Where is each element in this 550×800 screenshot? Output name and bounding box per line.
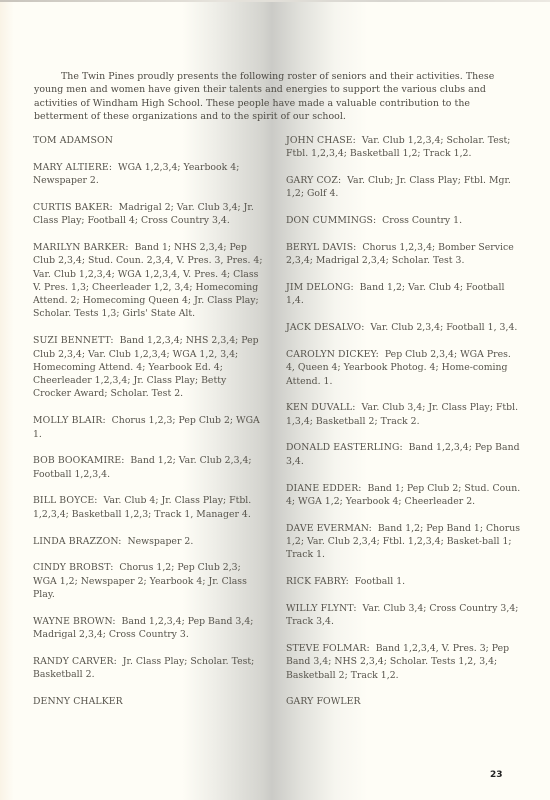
senior-entry: TOM ADAMSON bbox=[33, 134, 263, 147]
senior-name: MARY ALTIERE: bbox=[33, 162, 112, 173]
senior-name: SUZI BENNETT: bbox=[33, 335, 114, 346]
senior-entry: JOHN CHASE: Var. Club 1,2,3,4; Scholar. … bbox=[286, 134, 522, 161]
senior-entry: MARILYN BARKER: Band 1; NHS 2,3,4; Pep C… bbox=[33, 241, 263, 321]
senior-entry: SUZI BENNETT: Band 1,2,3,4; NHS 2,3,4; P… bbox=[33, 334, 263, 400]
senior-activities: Band 1; NHS 2,3,4; Pep Club 2,3,4; Stud.… bbox=[33, 242, 263, 319]
senior-entry: BERYL DAVIS: Chorus 1,2,3,4; Bomber Serv… bbox=[286, 241, 522, 268]
senior-entry: BILL BOYCE: Var. Club 4; Jr. Class Play;… bbox=[33, 494, 263, 521]
senior-name: DAVE EVERMAN: bbox=[286, 523, 372, 534]
senior-entry: GARY COZ: Var. Club; Jr. Class Play; Ftb… bbox=[286, 174, 522, 201]
senior-name: GARY COZ: bbox=[286, 175, 341, 186]
page-number: 23 bbox=[490, 770, 503, 780]
senior-name: DONALD EASTERLING: bbox=[286, 442, 403, 453]
senior-entry: DONALD EASTERLING: Band 1,2,3,4; Pep Ban… bbox=[286, 441, 522, 468]
senior-entry: JIM DELONG: Band 1,2; Var. Club 4; Footb… bbox=[286, 281, 522, 308]
senior-name: WAYNE BROWN: bbox=[33, 616, 116, 627]
senior-name: BERYL DAVIS: bbox=[286, 242, 356, 253]
senior-activities: Football 1. bbox=[355, 576, 405, 587]
senior-name: CAROLYN DICKEY: bbox=[286, 349, 379, 360]
senior-roster-left-column: TOM ADAMSON MARY ALTIERE: WGA 1,2,3,4; Y… bbox=[33, 134, 263, 722]
senior-activities: Cross Country 1. bbox=[382, 215, 462, 226]
senior-name: GARY FOWLER bbox=[286, 696, 361, 707]
senior-name: JOHN CHASE: bbox=[286, 135, 356, 146]
senior-roster-right-column: JOHN CHASE: Var. Club 1,2,3,4; Scholar. … bbox=[286, 134, 522, 722]
senior-entry: STEVE FOLMAR: Band 1,2,3,4, V. Pres. 3; … bbox=[286, 642, 522, 682]
page-top-edge bbox=[0, 0, 550, 2]
senior-entry: RANDY CARVER: Jr. Class Play; Scholar. T… bbox=[33, 655, 263, 682]
senior-entry: MARY ALTIERE: WGA 1,2,3,4; Yearbook 4; N… bbox=[33, 161, 263, 188]
senior-name: DENNY CHALKER bbox=[33, 696, 123, 707]
senior-name: JACK DESALVO: bbox=[286, 322, 364, 333]
senior-name: RANDY CARVER: bbox=[33, 656, 117, 667]
intro-paragraph: The Twin Pines proudly presents the foll… bbox=[34, 70, 514, 123]
senior-entry: KEN DUVALL: Var. Club 3,4; Jr. Class Pla… bbox=[286, 401, 522, 428]
senior-entry: CINDY BROBST: Chorus 1,2; Pep Club 2,3; … bbox=[33, 561, 263, 601]
senior-name: DIANE EDDER: bbox=[286, 483, 362, 494]
senior-entry: WAYNE BROWN: Band 1,2,3,4; Pep Band 3,4;… bbox=[33, 615, 263, 642]
senior-name: STEVE FOLMAR: bbox=[286, 643, 370, 654]
senior-name: LINDA BRAZZON: bbox=[33, 536, 122, 547]
senior-entry: LINDA BRAZZON: Newspaper 2. bbox=[33, 535, 263, 548]
senior-entry: CURTIS BAKER: Madrigal 2; Var. Club 3,4;… bbox=[33, 201, 263, 228]
senior-entry: WILLY FLYNT: Var. Club 3,4; Cross Countr… bbox=[286, 602, 522, 629]
senior-name: CURTIS BAKER: bbox=[33, 202, 113, 213]
senior-activities: Var. Club 2,3,4; Football 1, 3,4. bbox=[370, 322, 517, 333]
senior-name: TOM ADAMSON bbox=[33, 135, 113, 146]
senior-name: JIM DELONG: bbox=[286, 282, 354, 293]
senior-entry: GARY FOWLER bbox=[286, 695, 522, 708]
senior-name: BILL BOYCE: bbox=[33, 495, 98, 506]
senior-entry: BOB BOOKAMIRE: Band 1,2; Var. Club 2,3,4… bbox=[33, 454, 263, 481]
senior-entry: CAROLYN DICKEY: Pep Club 2,3,4; WGA Pres… bbox=[286, 348, 522, 388]
senior-entry: JACK DESALVO: Var. Club 2,3,4; Football … bbox=[286, 321, 522, 334]
senior-name: MARILYN BARKER: bbox=[33, 242, 129, 253]
senior-name: BOB BOOKAMIRE: bbox=[33, 455, 124, 466]
senior-name: CINDY BROBST: bbox=[33, 562, 113, 573]
senior-entry: DON CUMMINGS: Cross Country 1. bbox=[286, 214, 522, 227]
senior-name: KEN DUVALL: bbox=[286, 402, 356, 413]
yearbook-page: The Twin Pines proudly presents the foll… bbox=[0, 0, 550, 800]
senior-name: DON CUMMINGS: bbox=[286, 215, 376, 226]
senior-activities: Newspaper 2. bbox=[127, 536, 193, 547]
senior-entry: DAVE EVERMAN: Band 1,2; Pep Band 1; Chor… bbox=[286, 522, 522, 562]
senior-entry: MOLLY BLAIR: Chorus 1,2,3; Pep Club 2; W… bbox=[33, 414, 263, 441]
senior-entry: DENNY CHALKER bbox=[33, 695, 263, 708]
senior-name: RICK FABRY: bbox=[286, 576, 349, 587]
senior-entry: DIANE EDDER: Band 1; Pep Club 2; Stud. C… bbox=[286, 482, 522, 509]
senior-entry: RICK FABRY: Football 1. bbox=[286, 575, 522, 588]
senior-name: WILLY FLYNT: bbox=[286, 603, 357, 614]
senior-name: MOLLY BLAIR: bbox=[33, 415, 106, 426]
